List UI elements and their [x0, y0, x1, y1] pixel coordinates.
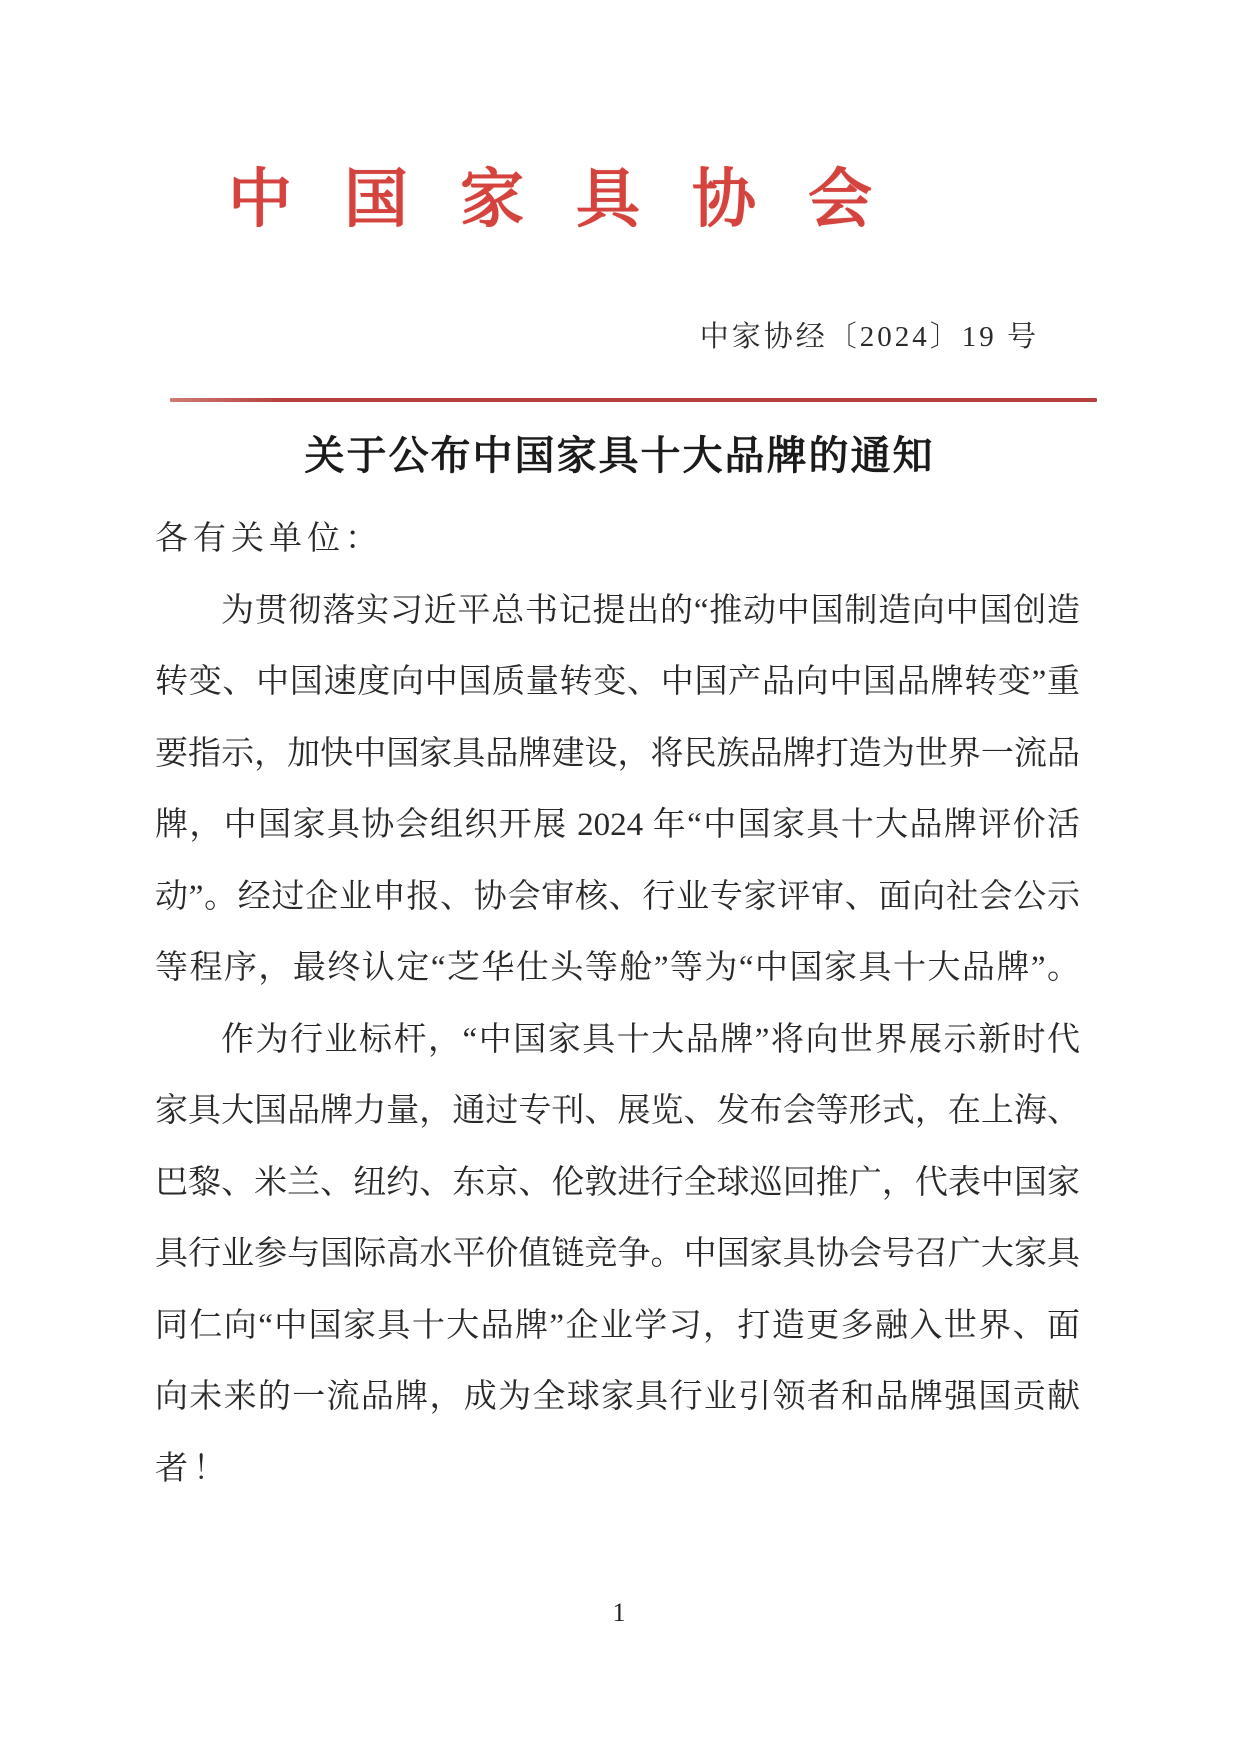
body-line: 巴黎、米兰、纽约、东京、伦敦进行全球巡回推广，代表中国家 [155, 1148, 1080, 1220]
document-body: 各有关单位： 为贯彻落实习近平总书记提出的“推动中国制造向中国创造 转变、中国速… [155, 504, 1080, 1505]
organization-title: 中国家具协会 [228, 168, 924, 232]
body-line: 家具大国品牌力量，通过专刊、展览、发布会等形式，在上海、 [155, 1076, 1080, 1148]
document-number: 中家协经〔2024〕19 号 [700, 320, 1039, 355]
body-line: 等程序，最终认定“芝华仕头等舱”等为“中国家具十大品牌”。 [155, 933, 1080, 1005]
body-line: 要指示，加快中国家具品牌建设，将民族品牌打造为世界一流品 [155, 719, 1080, 791]
body-line: 牌，中国家具协会组织开展 2024 年“中国家具十大品牌评价活 [155, 790, 1080, 862]
document-title: 关于公布中国家具十大品牌的通知 [0, 432, 1239, 480]
body-line: 转变、中国速度向中国质量转变、中国产品向中国品牌转变”重 [155, 647, 1080, 719]
body-line: 各有关单位： [155, 504, 1080, 576]
body-line: 动”。经过企业申报、协会审核、行业专家评审、面向社会公示 [155, 862, 1080, 934]
body-line: 具行业参与国际高水平价值链竞争。中国家具协会号召广大家具 [155, 1219, 1080, 1291]
body-line: 作为行业标杆，“中国家具十大品牌”将向世界展示新时代 [155, 1005, 1080, 1077]
body-line: 者！ [155, 1434, 1080, 1506]
body-line: 同仁向“中国家具十大品牌”企业学习，打造更多融入世界、面 [155, 1291, 1080, 1363]
body-line: 为贯彻落实习近平总书记提出的“推动中国制造向中国创造 [155, 576, 1080, 648]
body-line: 向未来的一流品牌，成为全球家具行业引领者和品牌强国贡献 [155, 1362, 1080, 1434]
page-number: 1 [0, 1598, 1239, 1628]
document-page: 中国家具协会 中家协经〔2024〕19 号 关于公布中国家具十大品牌的通知 各有… [0, 0, 1239, 1752]
red-divider-line [170, 398, 1097, 402]
